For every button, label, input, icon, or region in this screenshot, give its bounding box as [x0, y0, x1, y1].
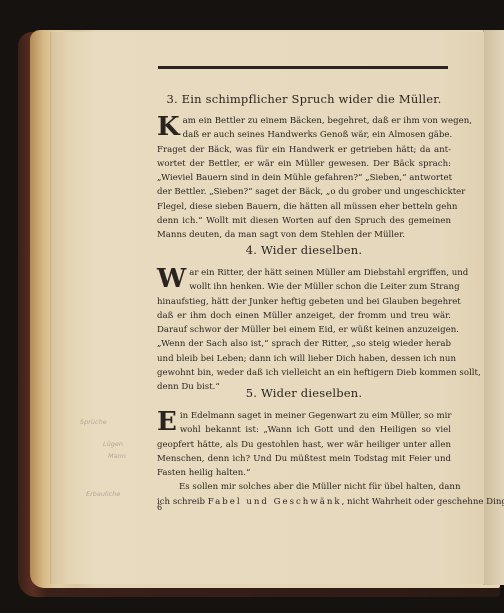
text-line: ich schreib Fabel und Geschwänk, nicht W… — [157, 495, 451, 509]
section-heading-3: 3. Ein schimpflicher Spruch wider die Mü… — [157, 92, 451, 106]
marginal-note: Mann — [108, 452, 126, 460]
text-line: wollt ihn henken. Wie der Müller schon d… — [157, 280, 451, 294]
text-line: wortet der Bettler, er wär ein Müller ge… — [157, 157, 451, 171]
spaced-emphasis: Fabel und Geschwänk — [208, 497, 342, 507]
marginal-note: Lügen — [103, 440, 123, 448]
page-number: 6 — [157, 503, 162, 512]
text-fragment: ich schreib — [157, 497, 208, 507]
drop-cap: K — [157, 115, 180, 139]
drop-cap: E — [157, 410, 177, 434]
text-line: und bleib bei Leben; dann ich will liebe… — [157, 352, 451, 366]
text-line: „Wieviel Bauern sind in dein Mühle gefah… — [157, 171, 451, 185]
text-line: geopfert hätte, als Du gestohlen hast, w… — [157, 438, 451, 452]
section-heading-5: 5. Wider dieselben. — [157, 386, 451, 400]
text-line: gewohnt bin, weder daß ich vielleicht an… — [157, 366, 451, 380]
section-body-3: K am ein Bettler zu einem Bäcken, begehr… — [157, 114, 451, 243]
text-line: „Wenn der Sach also ist,“ sprach der Rit… — [157, 337, 451, 351]
header-rule — [158, 66, 448, 69]
section-body-5: E in Edelmann saget in meiner Gegenwart … — [157, 409, 451, 509]
text-line: ar ein Ritter, der hätt seinen Müller am… — [157, 266, 451, 280]
text-line: Darauf schwor der Müller bei einem Eid, … — [157, 323, 451, 337]
text-fragment: , nicht Wahrheit oder geschehne Ding. — [342, 497, 504, 507]
text-line: Manns deuten, da man sagt von dem Stehle… — [157, 228, 451, 242]
section-body-4: W ar ein Ritter, der hätt seinen Müller … — [157, 266, 451, 395]
marginal-note: Sprüche — [80, 418, 107, 426]
text-line: Fraget der Bäck, was für ein Handwerk er… — [157, 143, 451, 157]
text-line: Fasten heilig halten.“ — [157, 466, 451, 480]
text-line: wohl bekannt ist: „Wann ich Gott und den… — [157, 423, 451, 437]
text-line: Menschen, denn ich? Und Du müßtest mein … — [157, 452, 451, 466]
section-heading-4: 4. Wider dieselben. — [157, 243, 451, 257]
text-line: hinaufstieg, hätt der Junker heftig gebe… — [157, 295, 451, 309]
drop-cap: W — [157, 267, 186, 291]
marginal-note: Erbauliche — [86, 490, 120, 498]
text-line: denn ich.“ Wollt mit diesen Worten auf d… — [157, 214, 451, 228]
text-line: Es sollen mir solches aber die Müller ni… — [157, 480, 451, 494]
text-line: daß er ihm doch einen Müller anzeiget, d… — [157, 309, 451, 323]
text-line: daß er auch seines Handwerks Genoß wär, … — [157, 128, 451, 142]
text-line: der Bettler. „Sieben?“ saget der Bäck, „… — [157, 185, 451, 199]
text-line: Flegel, diese sieben Bauern, die hätten … — [157, 200, 451, 214]
text-line: in Edelmann saget in meiner Gegenwart zu… — [157, 409, 451, 423]
text-line: am ein Bettler zu einem Bäcken, begehret… — [157, 114, 451, 128]
